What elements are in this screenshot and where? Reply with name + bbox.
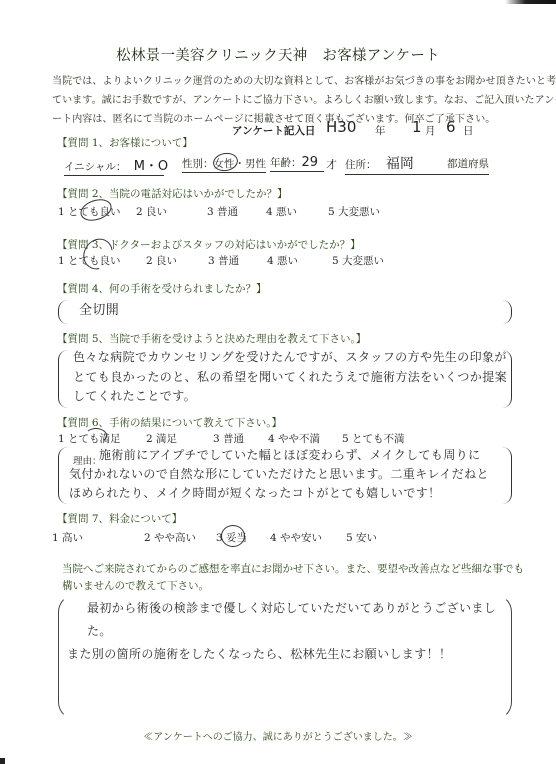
comments-answer-line-1: 最初から術後の検診まで優しく対応していただいてありがとうございました。 [87, 597, 511, 643]
q2-heading: 【質問 2、当院の電話対応はいかがでしたか？】 [57, 186, 288, 201]
q6-selection-circle [85, 428, 107, 443]
entry-date-month[interactable]: 1 [412, 118, 422, 136]
q2-option-5[interactable]: 5 大変悪い [328, 204, 380, 219]
thank-you-footer: ≪アンケートへのご協力、誠にありがとうございました。≫ [0, 728, 556, 743]
comments-answer-line-2: また別の箇所の施術をしたくなったら、松林先生にお願いします！！ [67, 643, 511, 666]
comments-answer-box[interactable]: 最初から術後の検診まで優しく対応していただいてありがとうございました。 また別の… [58, 594, 512, 720]
address-value: 福岡 [386, 156, 414, 172]
q2-option-4[interactable]: 4 悪い [266, 204, 297, 219]
age-value: 29 [302, 155, 319, 170]
initial-field[interactable]: イニシャル： M・O [64, 155, 164, 176]
q6-answer-line-3: ほめられたり、メイク時間が短くなったコトがとても嬉しいです！ [69, 484, 489, 503]
entry-date-day[interactable]: 6 [446, 118, 456, 136]
q2-option-2[interactable]: 2 良い [136, 204, 167, 219]
scan-corner-mark [0, 758, 5, 764]
q3-option-2[interactable]: 2 良い [146, 253, 177, 268]
entry-date-label: アンケート記入日 [232, 123, 315, 138]
age-field[interactable]: 年齢：29 [270, 155, 324, 172]
q6-answer-line-1: 施術前にアイプチでしていた幅とほぼ変わらず、メイクしても周りに [99, 446, 489, 465]
comments-prompt-line-1: 当院へご来院されてからのご感想を率直にお聞かせ下さい。また、要望や改善点など些細… [62, 561, 524, 576]
q1-heading: 【質問 1、お客様について】 [57, 135, 193, 150]
q5-answer-line-1: 色々な病院でカウンセリングを受けたんですが、スタッフの方や先生の印象が [73, 348, 507, 368]
month-unit: 月 [425, 123, 436, 138]
q3-option-3[interactable]: 3 普通 [208, 253, 239, 268]
q5-answer: 色々な病院でカウンセリングを受けたんですが、スタッフの方や先生の印象が とても良… [73, 348, 507, 407]
q6-option-5[interactable]: 5 とても不満 [342, 431, 405, 446]
scan-edge-mark [505, 0, 556, 4]
address-unit: 都道府県 [447, 156, 489, 171]
q6-reason-answer: 施術前にアイプチでしていた幅とほぼ変わらず、メイクしても周りに 気付かれないので… [99, 446, 489, 503]
q7-option-2[interactable]: 2 やや高い [144, 530, 196, 545]
q5-answer-line-2: とても良かったのと、私の希望を聞いてくれたうえで施術方法をいくつか提案 [73, 368, 507, 388]
year-unit: 年 [375, 123, 386, 138]
q2-option-3[interactable]: 3 普通 [207, 204, 238, 219]
q4-heading: 【質問 4、何の手術を受けられましたか？】 [57, 281, 267, 296]
comments-prompt-line-2: 構いませんので教えて下さい。 [62, 578, 209, 593]
q3-option-5[interactable]: 5 大変悪い [332, 253, 384, 268]
survey-title: 松林景一美容クリニック天神 お客様アンケート [0, 44, 556, 65]
comments-answer: 最初から術後の検診まで優しく対応していただいてありがとうございました。 また別の… [67, 597, 511, 666]
day-unit: 日 [463, 123, 474, 138]
address-field[interactable]: 住所： 福岡 都道府県 [345, 153, 489, 175]
q4-answer-box[interactable]: 全切開 [58, 300, 512, 324]
q7-option-5[interactable]: 5 安い [346, 530, 377, 545]
q6-answer-line-2: 気付かれないので自然な形にしていただけたと思います。二重キレイだねと [69, 465, 489, 484]
entry-date-year[interactable]: H30 [326, 118, 356, 136]
gender-option-male[interactable]: 男性 [245, 158, 266, 170]
initial-value: M・O [134, 159, 168, 174]
q6-option-4[interactable]: 4 やや不満 [268, 431, 320, 446]
q5-answer-line-3: してくれたことです。 [73, 387, 507, 407]
q6-reason-box[interactable]: 理由： 施術前にアイプチでしていた幅とほぼ変わらず、メイクしても周りに 気付かれ… [58, 447, 512, 504]
q7-heading: 【質問 7、料金について】 [57, 511, 182, 526]
age-unit: 才 [326, 156, 337, 172]
gender-label: 性別： [182, 158, 214, 170]
q6-option-3[interactable]: 3 普通 [213, 431, 244, 446]
q7-option-4[interactable]: 4 やや安い [270, 530, 322, 545]
age-label: 年齢： [270, 157, 302, 169]
q4-answer: 全切開 [79, 300, 119, 322]
intro-line-1: 当院では、よりよいクリニック運営のための大切な資料として、お客様がお気づきの事を… [52, 72, 556, 87]
q3-option-4[interactable]: 4 悪い [267, 253, 298, 268]
q7-option-1[interactable]: 1 高い [52, 530, 83, 545]
q7-selection-circle [221, 525, 245, 547]
q5-heading: 【質問 5、当院で手術を受けようと決めた理由を教えて下さい。】 [57, 331, 366, 346]
q6-option-2[interactable]: 2 満足 [146, 431, 177, 446]
intro-line-2: ています。誠にお手数ですが、アンケートにご協力下さい。よろしくお願い致します。な… [52, 91, 556, 106]
q5-answer-box[interactable]: 色々な病院でカウンセリングを受けたんですが、スタッフの方や先生の印象が とても良… [58, 350, 512, 408]
address-label: 住所： [345, 159, 377, 171]
initial-label: イニシャル： [64, 161, 126, 173]
